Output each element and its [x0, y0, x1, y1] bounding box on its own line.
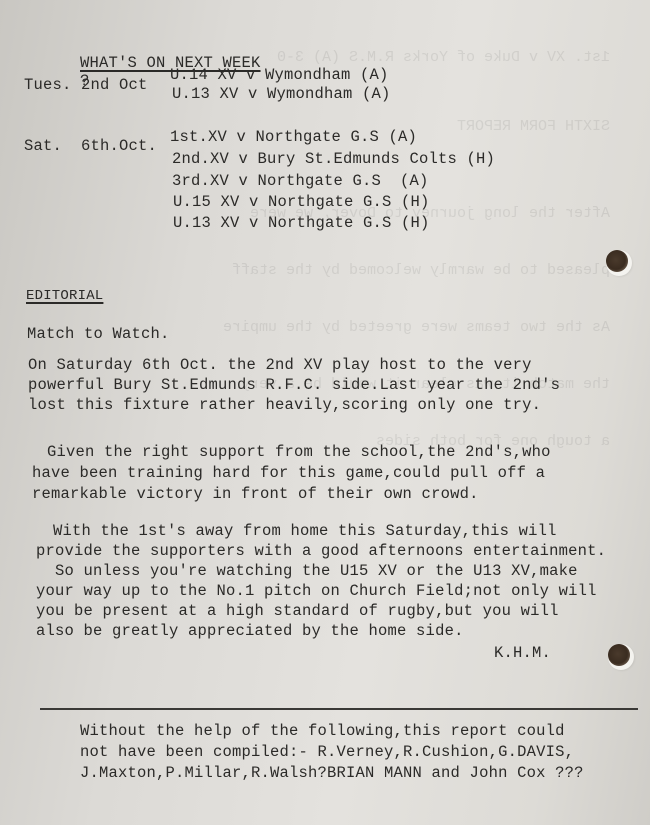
editorial-signature: K.H.M. — [494, 644, 551, 662]
editorial-subheading: Match to Watch. — [27, 325, 170, 343]
editorial-line: also be greatly appreciated by the home … — [36, 622, 464, 640]
editorial-line: On Saturday 6th Oct. the 2nd XV play hos… — [28, 356, 532, 374]
tuesday-fixture: U.13 XV v Wymondham (A) — [172, 85, 391, 103]
saturday-fixture: U.13 XV v Northgate G.S (H) — [173, 214, 430, 232]
acknowledgement-line: Without the help of the following,this r… — [80, 722, 565, 740]
section-divider — [40, 708, 638, 710]
editorial-line: you be present at a high standard of rug… — [36, 602, 559, 620]
editorial-line: Given the right support from the school,… — [28, 443, 551, 461]
tuesday-fixture: U.14 XV v Wymondham (A) — [170, 66, 389, 84]
saturday-fixture: 1st.XV v Northgate G.S (A) — [170, 128, 417, 146]
tuesday-date: Tues. 2nd Oct — [24, 76, 148, 94]
editorial-line: So unless you're watching the U15 XV or … — [36, 562, 578, 580]
punch-hole — [608, 644, 630, 666]
editorial-line: your way up to the No.1 pitch on Church … — [36, 582, 597, 600]
editorial-line: provide the supporters with a good after… — [36, 542, 606, 560]
acknowledgement-line: not have been compiled:- R.Verney,R.Cush… — [80, 743, 574, 761]
ghost-line: pleased to be warmly welcomed by the sta… — [230, 261, 610, 280]
editorial-line: remarkable victory in front of their own… — [32, 485, 479, 503]
editorial-line: With the 1st's away from home this Satur… — [34, 522, 557, 540]
editorial-line: have been training hard for this game,co… — [32, 464, 545, 482]
ghost-line: 1st. XV v Duke of Yorks R.M.S (A) 3-0 — [230, 48, 610, 67]
editorial-heading: EDITORIAL — [26, 288, 103, 304]
document-page: 1st. XV v Duke of Yorks R.M.S (A) 3-0 SI… — [0, 0, 650, 825]
ghost-line: As the two teams were greeted by the ump… — [230, 318, 610, 337]
saturday-fixture: 3rd.XV v Northgate G.S (A) — [172, 172, 429, 190]
editorial-line: lost this fixture rather heavily,scoring… — [28, 396, 541, 414]
acknowledgement-line: J.Maxton,P.Millar,R.Walsh?BRIAN MANN and… — [80, 764, 584, 782]
editorial-line: powerful Bury St.Edmunds R.F.C. side.Las… — [28, 376, 560, 394]
punch-hole — [606, 250, 628, 272]
saturday-fixture: U.15 XV v Northgate G.S (H) — [173, 193, 430, 211]
saturday-date: Sat. 6th.Oct. — [24, 137, 157, 155]
saturday-fixture: 2nd.XV v Bury St.Edmunds Colts (H) — [172, 150, 495, 168]
